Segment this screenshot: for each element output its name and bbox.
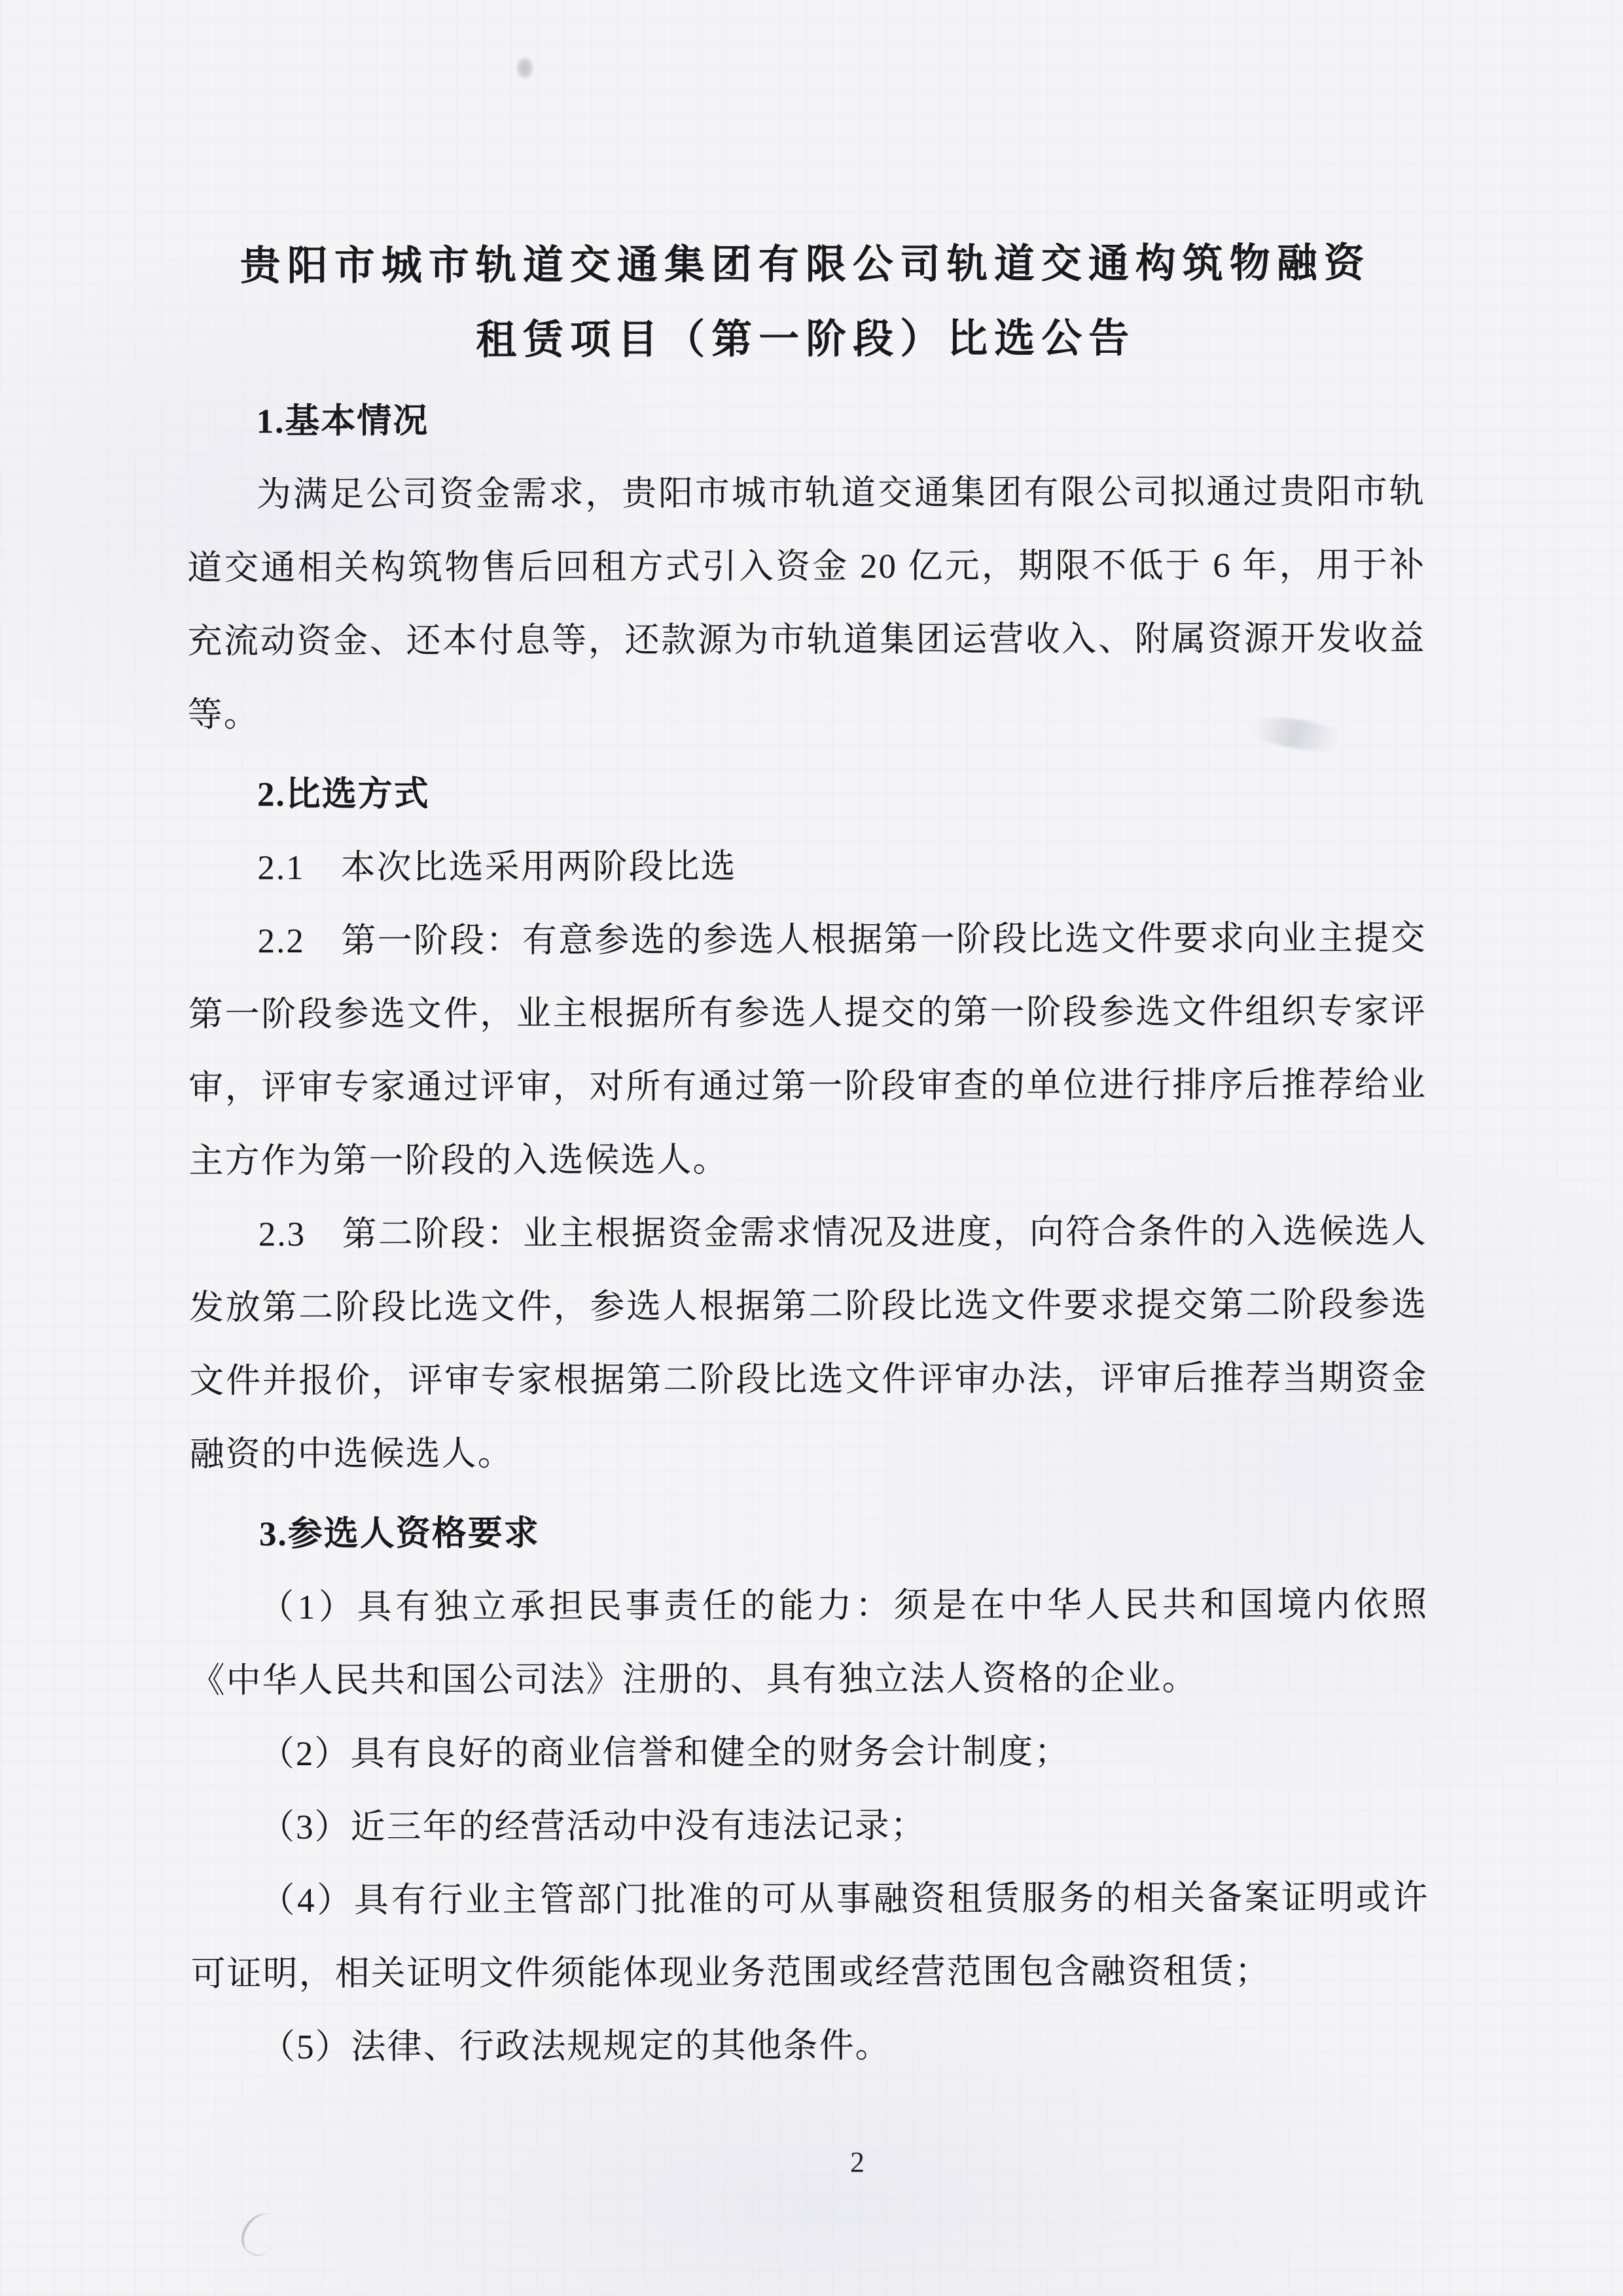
section-2-heading: 2.比选方式 <box>188 755 1426 832</box>
clause-2-1: 2.1 本次比选采用两阶段比选 <box>188 829 1426 905</box>
section-1-heading: 1.基本情况 <box>187 382 1425 459</box>
page-number: 2 <box>0 2145 1623 2179</box>
section-3-heading: 3.参选人资格要求 <box>190 1495 1428 1571</box>
document-text: 1.基本情况 为满足公司资金需求，贵阳市城市轨道交通集团有限公司拟通过贵阳市轨道… <box>187 382 1429 2085</box>
section-1-paragraph-1: 为满足公司资金需求，贵阳市城市轨道交通集团有限公司拟通过贵阳市轨道交通相关构筑物… <box>187 456 1426 752</box>
clause-2-3: 2.3 第二阶段：业主根据资金需求情况及进度，向符合条件的入选候选人发放第二阶段… <box>189 1195 1428 1492</box>
requirement-item-1: （1）具有独立承担民事责任的能力：须是在中华人民共和国境内依照《中华人民共和国公… <box>190 1568 1429 1718</box>
scanned-page: 贵阳市城市轨道交通集团有限公司轨道交通构筑物融资 租赁项目（第一阶段）比选公告 … <box>0 0 1623 2296</box>
requirement-item-3: （3）近三年的经营活动中没有违法记录； <box>190 1788 1429 1865</box>
title-line-1: 贵阳市城市轨道交通集团有限公司轨道交通构筑物融资 <box>187 226 1425 304</box>
clause-2-2: 2.2 第一阶段：有意参选的参选人根据第一阶段比选文件要求向业主提交第一阶段参选… <box>188 902 1427 1198</box>
title-line-2: 租赁项目（第一阶段）比选公告 <box>187 301 1425 379</box>
scan-scratch <box>235 2207 284 2261</box>
requirement-item-5: （5）法律、行政法规规定的其他条件。 <box>191 2008 1429 2085</box>
requirement-item-4: （4）具有行业主管部门批准的可从事融资租赁服务的相关备案证明或许可证明，相关证明… <box>190 1861 1429 2011</box>
document-body: 贵阳市城市轨道交通集团有限公司轨道交通构筑物融资 租赁项目（第一阶段）比选公告 … <box>186 0 1429 2084</box>
document-title: 贵阳市城市轨道交通集团有限公司轨道交通构筑物融资 租赁项目（第一阶段）比选公告 <box>187 226 1425 379</box>
requirement-item-2: （2）具有良好的商业信誉和健全的财务会计制度； <box>190 1715 1429 1791</box>
